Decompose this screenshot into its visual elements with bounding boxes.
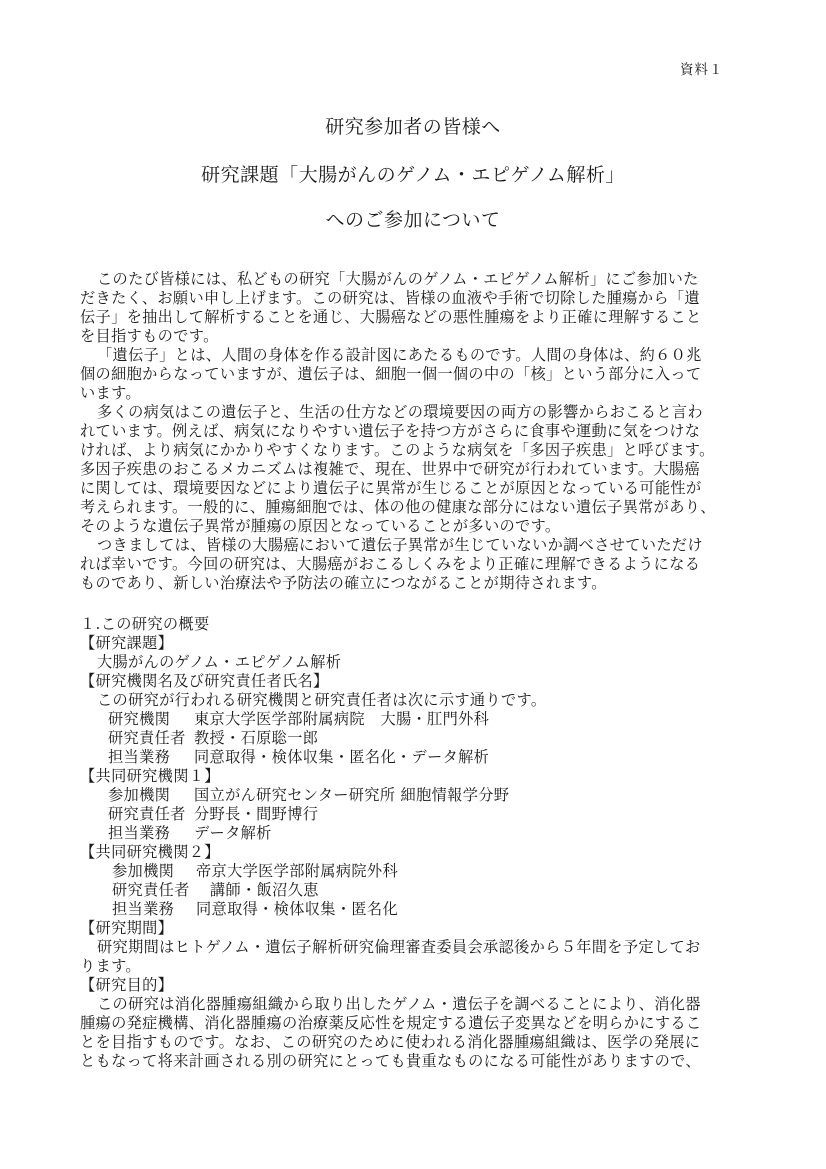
subheading-research-theme: 【研究課題】 (80, 634, 752, 653)
research-theme-value: 大腸がんのゲノム・エピゲノム解析 (80, 653, 752, 672)
title-line-1: 研究参加者の皆様へ (0, 112, 826, 139)
intro-line: そのような遺伝子異常が腫瘍の原因となっていることが多いのです。 (80, 517, 752, 536)
main-institution-row: 研究機関 東京大学医学部附属病院 大腸・肛門外科 (80, 710, 752, 729)
section-heading: １.この研究の概要 (80, 615, 752, 634)
field-label: 担当業務 (108, 824, 194, 843)
collab2-duties-row: 担当業務 同意取得・検体収集・匿名化 (80, 900, 752, 919)
subheading-purpose: 【研究目的】 (80, 976, 752, 995)
collab1-institution-row: 参加機関 国立がん研究センター研究所 細胞情報学分野 (80, 786, 752, 805)
period-line: ります。 (80, 957, 752, 976)
intro-line: 考えられます。一般的に、腫瘍細胞では、体の他の健康な部分にはない遺伝子異常があり… (80, 498, 752, 517)
collab1-duties-row: 担当業務 データ解析 (80, 824, 752, 843)
purpose-line: ともなって将来計画される別の研究にとっても貴重なものになる可能性がありますので、 (80, 1052, 752, 1071)
document-body: このたび皆様には、私どもの研究「大腸がんのゲノム・エピゲノム解析」にご参加いた … (80, 270, 752, 1071)
intro-line: れば幸いです。今回の研究は、大腸癌がおこるしくみをより正確に理解できるようになる (80, 555, 752, 574)
field-label: 参加機関 (112, 862, 196, 881)
field-value: 帝京大学医学部附属病院外科 (196, 862, 398, 881)
period-line: 研究期間はヒトゲノム・遺伝子解析研究倫理審査委員会承認後から５年間を予定してお (80, 938, 752, 957)
intro-line: 伝子」を抽出して解析することを通じ、大腸癌などの悪性腫瘍をより正確に理解すること (80, 308, 752, 327)
subheading-period: 【研究期間】 (80, 919, 752, 938)
main-pi-row: 研究責任者 教授・石原聡一郎 (80, 729, 752, 748)
institution-intro: この研究が行われる研究機関と研究責任者は次に示す通りです。 (80, 691, 752, 710)
intro-line: を目指すものです。 (80, 327, 752, 346)
field-label: 研究機関 (108, 710, 194, 729)
field-label: 研究責任者 (112, 881, 210, 900)
field-value: 国立がん研究センター研究所 細胞情報学分野 (194, 786, 509, 805)
purpose-line: この研究は消化器腫瘍組織から取り出したゲノム・遺伝子を調べることにより、消化器 (80, 995, 752, 1014)
field-value: 同意取得・検体収集・匿名化 (196, 900, 398, 919)
field-label: 参加機関 (108, 786, 194, 805)
intro-line: います。 (80, 384, 752, 403)
purpose-line: とを目指すものです。なお、この研究のために使われる消化器腫瘍組織は、医学の発展に (80, 1033, 752, 1052)
subheading-collab-1: 【共同研究機関１】 (80, 767, 752, 786)
field-label: 担当業務 (108, 748, 194, 767)
intro-line: れています。例えば、病気になりやすい遺伝子を持つ方がさらに食事や運動に気をつけな (80, 422, 752, 441)
document-page: 資料１ 研究参加者の皆様へ 研究課題「大腸がんのゲノム・エピゲノム解析」 へのご… (0, 0, 826, 1169)
subheading-institution: 【研究機関名及び研究責任者氏名】 (80, 672, 752, 691)
field-value: 講師・飯沼久恵 (210, 881, 319, 900)
field-label: 研究責任者 (108, 805, 194, 824)
field-value: 分野長・間野博行 (194, 805, 318, 824)
intro-line: ものであり、新しい治療法や予防法の確立につながることが期待されます。 (80, 574, 752, 593)
intro-line: 「遺伝子」とは、人間の身体を作る設計図にあたるものです。人間の身体は、約６０兆 (80, 346, 752, 365)
title-line-3: へのご参加について (0, 205, 826, 232)
intro-line: に関しては、環境要因などにより遺伝子に異常が生じることが原因となっている可能性が (80, 479, 752, 498)
document-label: 資料１ (680, 58, 724, 78)
intro-line: ければ、より病気にかかりやすくなります。このような病気を「多因子疾患」と呼びます… (80, 441, 752, 460)
subheading-collab-2: 【共同研究機関２】 (80, 843, 752, 862)
intro-line: 個の細胞からなっていますが、遺伝子は、細胞一個一個の中の「核」という部分に入って (80, 365, 752, 384)
purpose-line: 腫瘍の発症機構、消化器腫瘍の治療薬反応性を規定する遺伝子変異などを明らかにするこ (80, 1014, 752, 1033)
field-value: 教授・石原聡一郎 (194, 729, 318, 748)
field-label: 研究責任者 (108, 729, 194, 748)
field-label: 担当業務 (112, 900, 196, 919)
field-value: データ解析 (194, 824, 272, 843)
intro-line: 多くの病気はこの遺伝子と、生活の仕方などの環境要因の両方の影響からおこると言わ (80, 403, 752, 422)
title-line-2: 研究課題「大腸がんのゲノム・エピゲノム解析」 (0, 160, 826, 187)
main-duties-row: 担当業務 同意取得・検体収集・匿名化・データ解析 (80, 748, 752, 767)
intro-line: このたび皆様には、私どもの研究「大腸がんのゲノム・エピゲノム解析」にご参加いた (80, 270, 752, 289)
intro-line: 多因子疾患のおこるメカニズムは複雑で、現在、世界中で研究が行われています。大腸癌 (80, 460, 752, 479)
collab2-institution-row: 参加機関 帝京大学医学部附属病院外科 (80, 862, 752, 881)
intro-line: つきましては、皆様の大腸癌において遺伝子異常が生じていないか調べさせていただけ (80, 536, 752, 555)
field-value: 同意取得・検体収集・匿名化・データ解析 (194, 748, 489, 767)
field-value: 東京大学医学部附属病院 大腸・肛門外科 (194, 710, 489, 729)
collab2-pi-row: 研究責任者 講師・飯沼久恵 (80, 881, 752, 900)
intro-line: だきたく、お願い申し上げます。この研究は、皆様の血液や手術で切除した腫瘍から「遺 (80, 289, 752, 308)
collab1-pi-row: 研究責任者 分野長・間野博行 (80, 805, 752, 824)
